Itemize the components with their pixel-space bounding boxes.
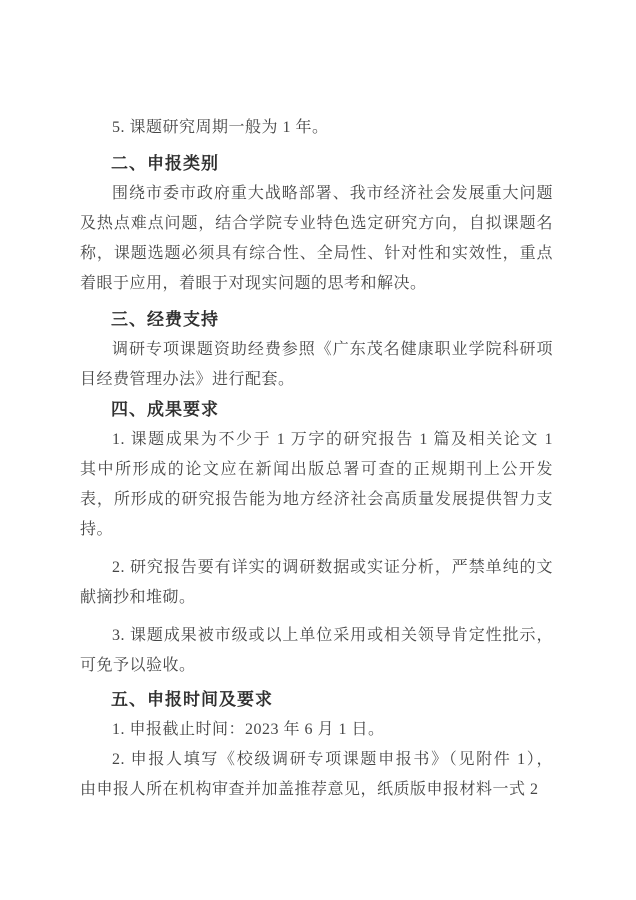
document-line: 围绕市委市政府重大战略部署、我市经济社会发展重大问题 xyxy=(80,179,553,209)
document-line: 1. 申报截止时间：2023 年 6 月 1 日。 xyxy=(80,715,553,745)
document-line: 献摘抄和堆砌。 xyxy=(80,583,553,613)
document-line: 目经费管理办法》进行配套。 xyxy=(80,365,553,395)
section-heading-4: 四、成果要求 xyxy=(80,395,553,425)
document-line: 持。 xyxy=(80,515,553,545)
section-heading-5: 五、申报时间及要求 xyxy=(80,685,553,715)
document-page: 5. 课题研究周期一般为 1 年。 二、申报类别 围绕市委市政府重大战略部署、我… xyxy=(0,0,636,900)
document-line: 可免予以验收。 xyxy=(80,651,553,681)
document-line: 调研专项课题资助经费参照《广东茂名健康职业学院科研项 xyxy=(80,335,553,365)
document-line: 称，课题选题必须具有综合性、全局性、针对性和实效性，重点 xyxy=(80,239,553,269)
document-line: 3. 课题成果被市级或以上单位采用或相关领导肯定性批示， xyxy=(80,621,553,651)
document-content: 5. 课题研究周期一般为 1 年。 二、申报类别 围绕市委市政府重大战略部署、我… xyxy=(80,113,553,805)
section-heading-3: 三、经费支持 xyxy=(80,305,553,335)
section-heading-2: 二、申报类别 xyxy=(80,149,553,179)
document-line: 表，所形成的研究报告能为地方经济社会高质量发展提供智力支 xyxy=(80,485,553,515)
document-line: 1. 课题成果为不少于 1 万字的研究报告 1 篇及相关论文 1 篇， xyxy=(80,425,553,455)
document-line: 着眼于应用，着眼于对现实问题的思考和解决。 xyxy=(80,269,553,299)
document-line: 由申报人所在机构审查并加盖推荐意见，纸质版申报材料一式 2 xyxy=(80,775,553,805)
document-line: 2. 研究报告要有详实的调研数据或实证分析，严禁单纯的文 xyxy=(80,553,553,583)
document-line: 其中所形成的论文应在新闻出版总署可查的正规期刊上公开发 xyxy=(80,455,553,485)
document-line: 及热点难点问题，结合学院专业特色选定研究方向，自拟课题名 xyxy=(80,209,553,239)
document-line: 2. 申报人填写《校级调研专项课题申报书》（见附件 1）， xyxy=(80,745,553,775)
document-line: 5. 课题研究周期一般为 1 年。 xyxy=(80,113,553,143)
